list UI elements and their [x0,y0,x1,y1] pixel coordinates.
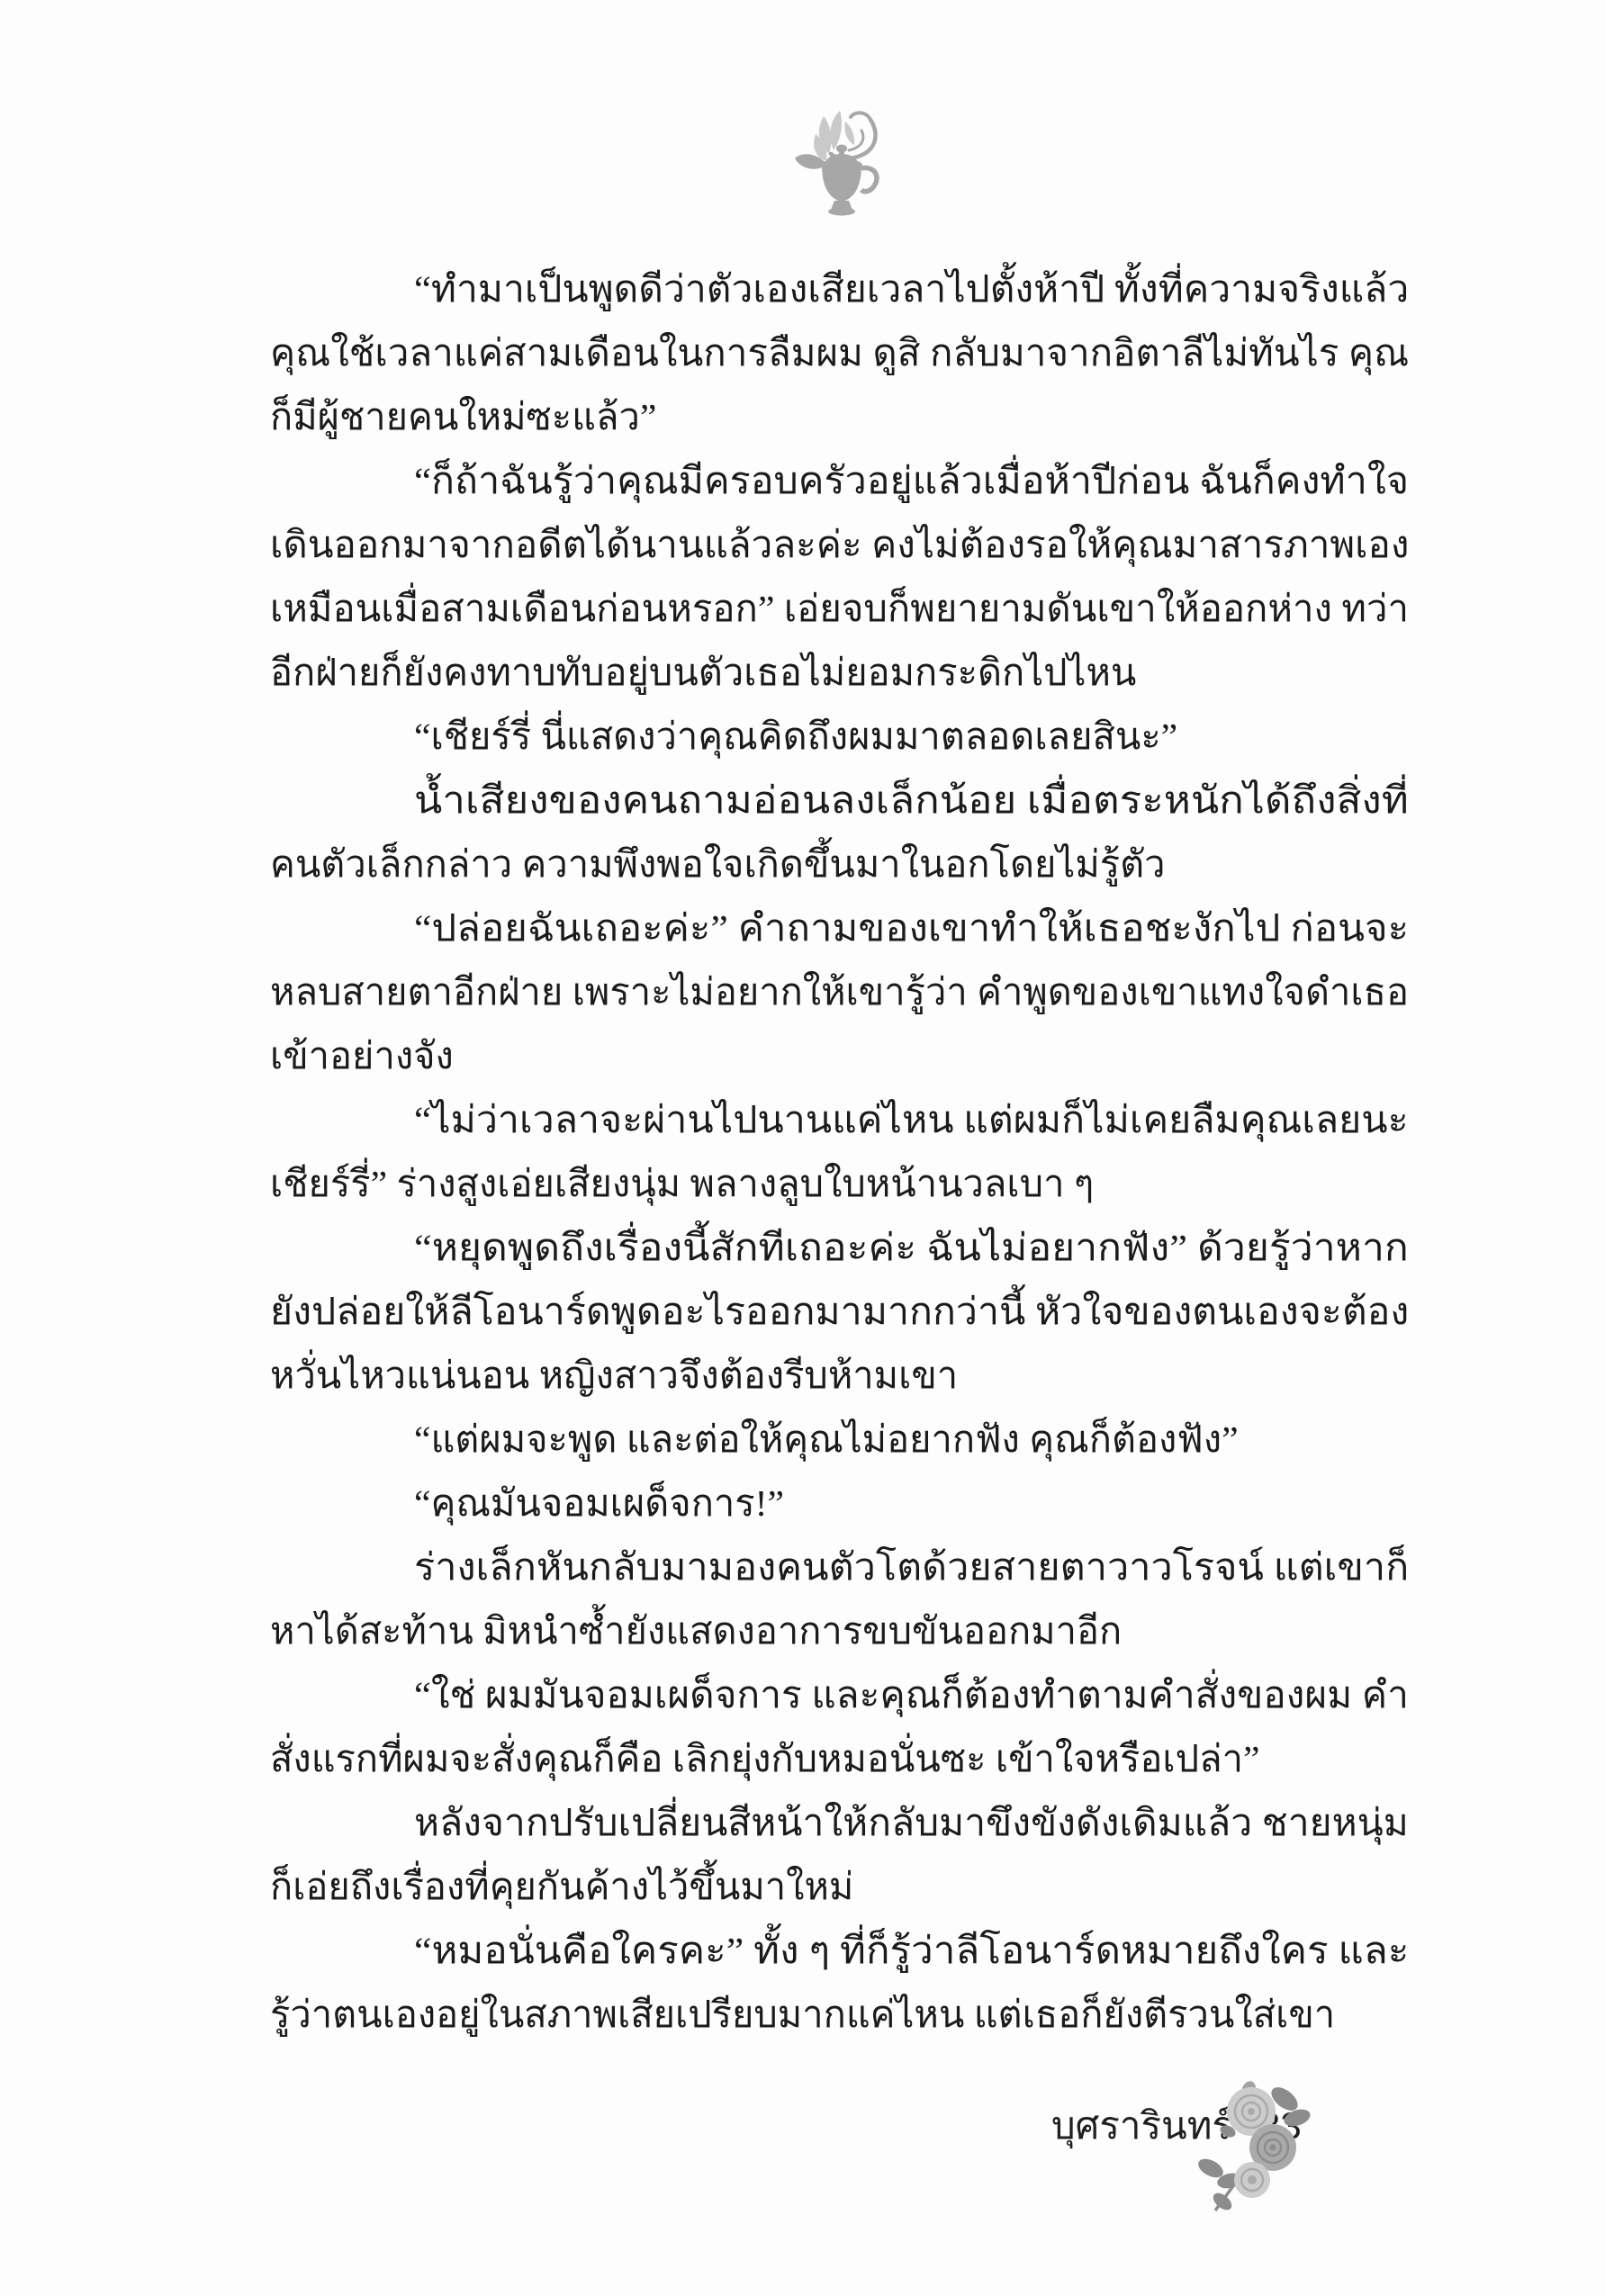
text-line: ร่างเล็กหันกลับมามองคนตัวโตด้วยสายตาวาวโ… [270,1536,1409,1600]
text-line: รู้ว่าตนเองอยู่ในสภาพเสียเปรียบมากแค่ไหน… [270,1984,1409,2048]
text-line-content: หลังจากปรับเปลี่ยนสีหน้าให้กลับมาขึงขังด… [414,1792,1409,1856]
text-line-content: “หยุดพูดถึงเรื่องนี้สักทีเถอะค่ะ ฉันไม่อ… [414,1217,1409,1281]
teapot-steam-icon [789,109,894,219]
text-line: คนตัวเล็กกล่าว ความพึงพอใจเกิดขึ้นมาในอก… [270,833,1409,897]
text-line: หาได้สะท้าน มิหนำซ้ำยังแสดงอาการขบขันออก… [270,1600,1409,1664]
text-line-content: ยังปล่อยให้ลีโอนาร์ดพูดอะไรออกมามากกว่าน… [270,1281,1409,1345]
text-line: เดินออกมาจากอดีตได้นานแล้วละค่ะ คงไม่ต้อ… [270,514,1409,578]
text-line: คุณใช้เวลาแค่สามเดือนในการลืมผม ดูสิ กลั… [270,322,1409,386]
text-line-content: คุณใช้เวลาแค่สามเดือนในการลืมผม ดูสิ กลั… [270,322,1409,386]
book-page: “ทำมาเป็นพูดดีว่าตัวเองเสียเวลาไปตั้งห้า… [0,0,1605,2296]
text-line-content: “ก็ถ้าฉันรู้ว่าคุณมีครอบครัวอยู่แล้วเมื่… [414,450,1409,514]
text-line: น้ำเสียงของคนถามอ่อนลงเล็กน้อย เมื่อตระห… [270,770,1409,833]
text-line: ยังปล่อยให้ลีโอนาร์ดพูดอะไรออกมามากกว่าน… [270,1281,1409,1345]
text-line-content: “เชียร์รี่ นี่แสดงว่าคุณคิดถึงผมมาตลอดเล… [414,706,1177,770]
text-line: “ใช่ ผมมันจอมเผด็จการ และคุณก็ต้องทำตามค… [270,1664,1409,1728]
teapot-handle [861,168,877,192]
rose-blossom-bottom [1234,2162,1270,2198]
text-line-content: ก็เอ่ยถึงเรื่องที่คุยกันค้างไว้ขึ้นมาใหม… [270,1856,853,1920]
text-line: “ก็ถ้าฉันรู้ว่าคุณมีครอบครัวอยู่แล้วเมื่… [270,450,1409,514]
text-line-content: “ทำมาเป็นพูดดีว่าตัวเองเสียเวลาไปตั้งห้า… [414,258,1409,322]
text-line-content: อีกฝ่ายก็ยังคงทาบทับอยู่บนตัวเธอไม่ยอมกร… [270,642,1136,706]
text-line-content: “คุณมันจอมเผด็จการ!” [414,1472,784,1536]
page-text: “ทำมาเป็นพูดดีว่าตัวเองเสียเวลาไปตั้งห้า… [270,258,1409,2048]
text-line-content: เหมือนเมื่อสามเดือนก่อนหรอก” เอ่ยจบก็พยา… [270,578,1409,642]
text-line-content: น้ำเสียงของคนถามอ่อนลงเล็กน้อย เมื่อตระห… [414,770,1409,833]
text-line: “แต่ผมจะพูด และต่อให้คุณไม่อยากฟัง คุณก็… [270,1409,1409,1472]
text-line-content: ร่างเล็กหันกลับมามองคนตัวโตด้วยสายตาวาวโ… [414,1536,1409,1600]
teapot-ornament-image [789,109,894,219]
text-line-content: เดินออกมาจากอดีตได้นานแล้วละค่ะ คงไม่ต้อ… [270,514,1409,578]
flourish-leaves [814,111,854,161]
rose-bouquet-icon [1195,2075,1311,2218]
rose-corner-image [1195,2075,1311,2218]
text-line: “ไม่ว่าเวลาจะผ่านไปนานแค่ไหน แต่ผมก็ไม่เ… [270,1089,1409,1153]
text-line: “ปล่อยฉันเถอะค่ะ” คำถามของเขาทำให้เธอชะง… [270,897,1409,961]
text-line-content: หาได้สะท้าน มิหนำซ้ำยังแสดงอาการขบขันออก… [270,1600,1122,1664]
text-line: หลังจากปรับเปลี่ยนสีหน้าให้กลับมาขึงขังด… [270,1792,1409,1856]
text-line-content: “ไม่ว่าเวลาจะผ่านไปนานแค่ไหน แต่ผมก็ไม่เ… [414,1089,1409,1153]
text-line: เข้าอย่างจัง [270,1025,1409,1089]
text-line-content: สั่งแรกที่ผมจะสั่งคุณก็คือ เลิกยุ่งกับหม… [270,1728,1259,1792]
text-line: “หยุดพูดถึงเรื่องนี้สักทีเถอะค่ะ ฉันไม่อ… [270,1217,1409,1281]
text-line: หวั่นไหวแน่นอน หญิงสาวจึงต้องรีบห้ามเขา [270,1345,1409,1409]
text-line: อีกฝ่ายก็ยังคงทาบทับอยู่บนตัวเธอไม่ยอมกร… [270,642,1409,706]
text-line: ก็เอ่ยถึงเรื่องที่คุยกันค้างไว้ขึ้นมาใหม… [270,1856,1409,1920]
text-line: สั่งแรกที่ผมจะสั่งคุณก็คือ เลิกยุ่งกับหม… [270,1728,1409,1792]
text-line: เชียร์รี่” ร่างสูงเอ่ยเสียงนุ่ม พลางลูบใ… [270,1153,1409,1217]
text-line: “ทำมาเป็นพูดดีว่าตัวเองเสียเวลาไปตั้งห้า… [270,258,1409,322]
text-line-content: ก็มีผู้ชายคนใหม่ซะแล้ว” [270,386,656,450]
text-line-content: “แต่ผมจะพูด และต่อให้คุณไม่อยากฟัง คุณก็… [414,1409,1239,1472]
text-line-content: เข้าอย่างจัง [270,1025,454,1089]
teapot-body [795,145,862,216]
text-line: เหมือนเมื่อสามเดือนก่อนหรอก” เอ่ยจบก็พยา… [270,578,1409,642]
text-line-content: รู้ว่าตนเองอยู่ในสภาพเสียเปรียบมากแค่ไหน… [270,1984,1335,2048]
text-line-content: “ใช่ ผมมันจอมเผด็จการ และคุณก็ต้องทำตามค… [414,1664,1409,1728]
text-line: หลบสายตาอีกฝ่าย เพราะไม่อยากให้เขารู้ว่า… [270,961,1409,1025]
text-line: “หมอนั่นคือใครคะ” ทั้ง ๆ ที่ก็รู้ว่าลีโอ… [270,1920,1409,1984]
text-line: ก็มีผู้ชายคนใหม่ซะแล้ว” [270,386,1409,450]
text-line: “เชียร์รี่ นี่แสดงว่าคุณคิดถึงผมมาตลอดเล… [270,706,1409,770]
text-line-content: หลบสายตาอีกฝ่าย เพราะไม่อยากให้เขารู้ว่า… [270,961,1409,1025]
text-line-content: คนตัวเล็กกล่าว ความพึงพอใจเกิดขึ้นมาในอก… [270,833,1166,897]
text-line-content: “หมอนั่นคือใครคะ” ทั้ง ๆ ที่ก็รู้ว่าลีโอ… [414,1920,1409,1984]
text-line: “คุณมันจอมเผด็จการ!” [270,1472,1409,1536]
text-line-content: หวั่นไหวแน่นอน หญิงสาวจึงต้องรีบห้ามเขา [270,1345,958,1409]
text-line-content: “ปล่อยฉันเถอะค่ะ” คำถามของเขาทำให้เธอชะง… [414,897,1409,961]
text-line-content: เชียร์รี่” ร่างสูงเอ่ยเสียงนุ่ม พลางลูบใ… [270,1153,1094,1217]
